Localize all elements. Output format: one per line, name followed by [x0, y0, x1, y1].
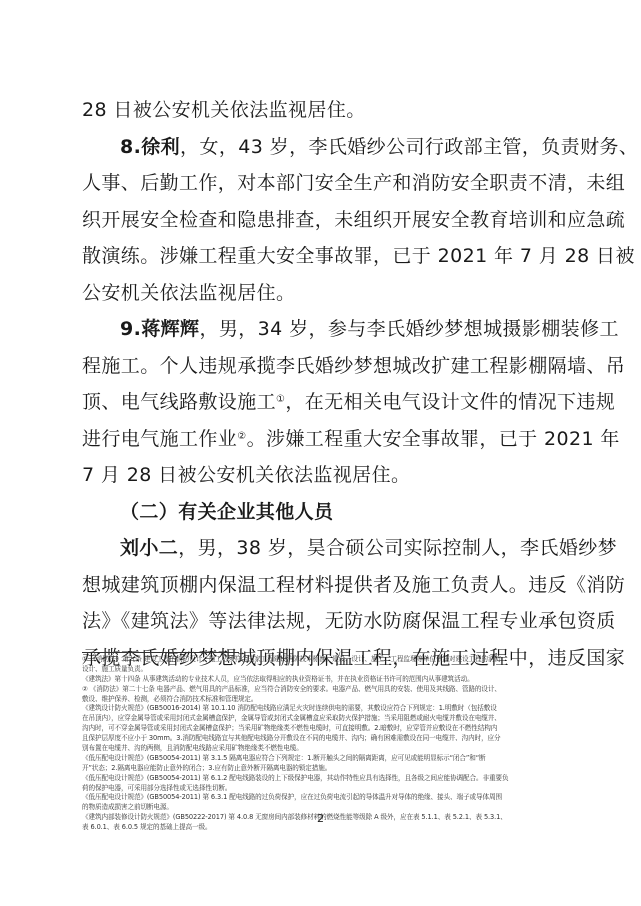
- footnote-ref-1[interactable]: ①: [276, 394, 285, 405]
- body-line: 程施工。个人违规承揽李氏婚纱梦想城改扩建工程影棚隔墙、吊: [82, 348, 566, 385]
- body-line: 刘小二，男，38 岁，昊合硕公司实际控制人，李氏婚纱梦: [82, 530, 566, 567]
- footnotes: ① 《消防法》第九条 建设工程的消防设计、施工必须符合国家工程建设消防技术标准。…: [82, 655, 566, 833]
- footnote-line: 《低压配电设计规范》(GB50054-2011) 第 6.1.2 配电线路装设的…: [82, 774, 566, 784]
- person-name: 8.徐利: [120, 136, 180, 158]
- body-line: 9.蒋辉辉，男，34 岁，参与李氏婚纱梦想城摄影棚装修工: [82, 311, 566, 348]
- section-heading: （二）有关企业其他人员: [82, 494, 566, 531]
- body-line: 人事、后勤工作，对本部门安全生产和消防安全职责不清，未组: [82, 165, 566, 202]
- footnote-line: 设计、施工质量负责。: [82, 665, 566, 675]
- footnote-line: 沟内时，可不穿金属导管或采用封闭式金属槽盒保护；当采用矿物绝缘类不燃性电缆时，可…: [82, 724, 566, 734]
- footnote-line: 《建筑设计防火规范》(GB50016-2014) 第 10.1.10 消防配电线…: [82, 704, 566, 714]
- footnote-line: 敷设、维护保养、检测，必须符合消防技术标准和管理规定。: [82, 695, 566, 705]
- body-line: 织开展安全检查和隐患排查，未组织开展安全教育培训和应急疏: [82, 202, 566, 239]
- body-line: 进行电气施工作业②。涉嫌工程重大安全事故罪，已于 2021 年: [82, 421, 566, 458]
- person-name: 刘小二: [120, 537, 178, 559]
- footnote-line: 且保护层厚度不应小于 30mm。3.消防配电线路宜与其他配电线路分开敷设在不同的…: [82, 734, 566, 744]
- footnote-ref-2[interactable]: ②: [237, 431, 246, 442]
- footnote-line: ① 《消防法》第九条 建设工程的消防设计、施工必须符合国家工程建设消防技术标准。…: [82, 655, 566, 665]
- body-line: 顶、电气线路敷设施工①，在无相关电气设计文件的情况下违规: [82, 384, 566, 421]
- body-line: 公安机关依法监视居住。: [82, 275, 566, 312]
- footnote-line: 《建筑法》第十四条 从事建筑活动的专业技术人员，应当依法取得相应的执业资格证书，…: [82, 675, 566, 685]
- body-line: 散演练。涉嫌工程重大安全事故罪，已于 2021 年 7 月 28 日被: [82, 238, 566, 275]
- document-page: 28 日被公安机关依法监视居住。 8.徐利，女，43 岁，李氏婚纱公司行政部主管…: [0, 0, 641, 906]
- body-text: 28 日被公安机关依法监视居住。 8.徐利，女，43 岁，李氏婚纱公司行政部主管…: [82, 92, 566, 676]
- footnote-separator: [82, 652, 239, 653]
- footnote-line: ② 《消防法》第二十七条 电器产品、燃气用具的产品标准，应当符合消防安全的要求。…: [82, 685, 566, 695]
- footnote-line: 《低压配电设计规范》(GB50054-2011) 第 3.1.5 隔离电器应符合…: [82, 754, 566, 764]
- body-line: 7 月 28 日被公安机关依法监视居住。: [82, 457, 566, 494]
- page-number: 2: [0, 812, 641, 825]
- body-line: 想城建筑顶棚内保温工程材料提供者及施工负责人。违反《消防: [82, 567, 566, 604]
- body-line: 28 日被公安机关依法监视居住。: [82, 92, 566, 129]
- footnote-line: 荷的保护电器，可采用部分选择性或无选择性切断。: [82, 784, 566, 794]
- footnote-line: 别布置在电缆井、沟的两侧，且消防配电线路应采用矿物绝缘类不燃性电缆。: [82, 744, 566, 754]
- body-line: 8.徐利，女，43 岁，李氏婚纱公司行政部主管，负责财务、: [82, 129, 566, 166]
- footnote-line: 《低压配电设计规范》(GB50054-2011) 第 6.3.1 配电线路的过负…: [82, 793, 566, 803]
- footnote-line: 在吊顶内），应穿金属导管或采用封闭式金属槽盒保护，金属导管或封闭式金属槽盒应采取…: [82, 714, 566, 724]
- body-line: 法》《建筑法》等法律法规，无防水防腐保温工程专业承包资质: [82, 603, 566, 640]
- person-name: 9.蒋辉辉: [120, 318, 199, 340]
- footnote-line: 开”状态；2.隔离电器应能防止意外的闭合；3.应有防止意外断开隔离电器的锁定措施…: [82, 764, 566, 774]
